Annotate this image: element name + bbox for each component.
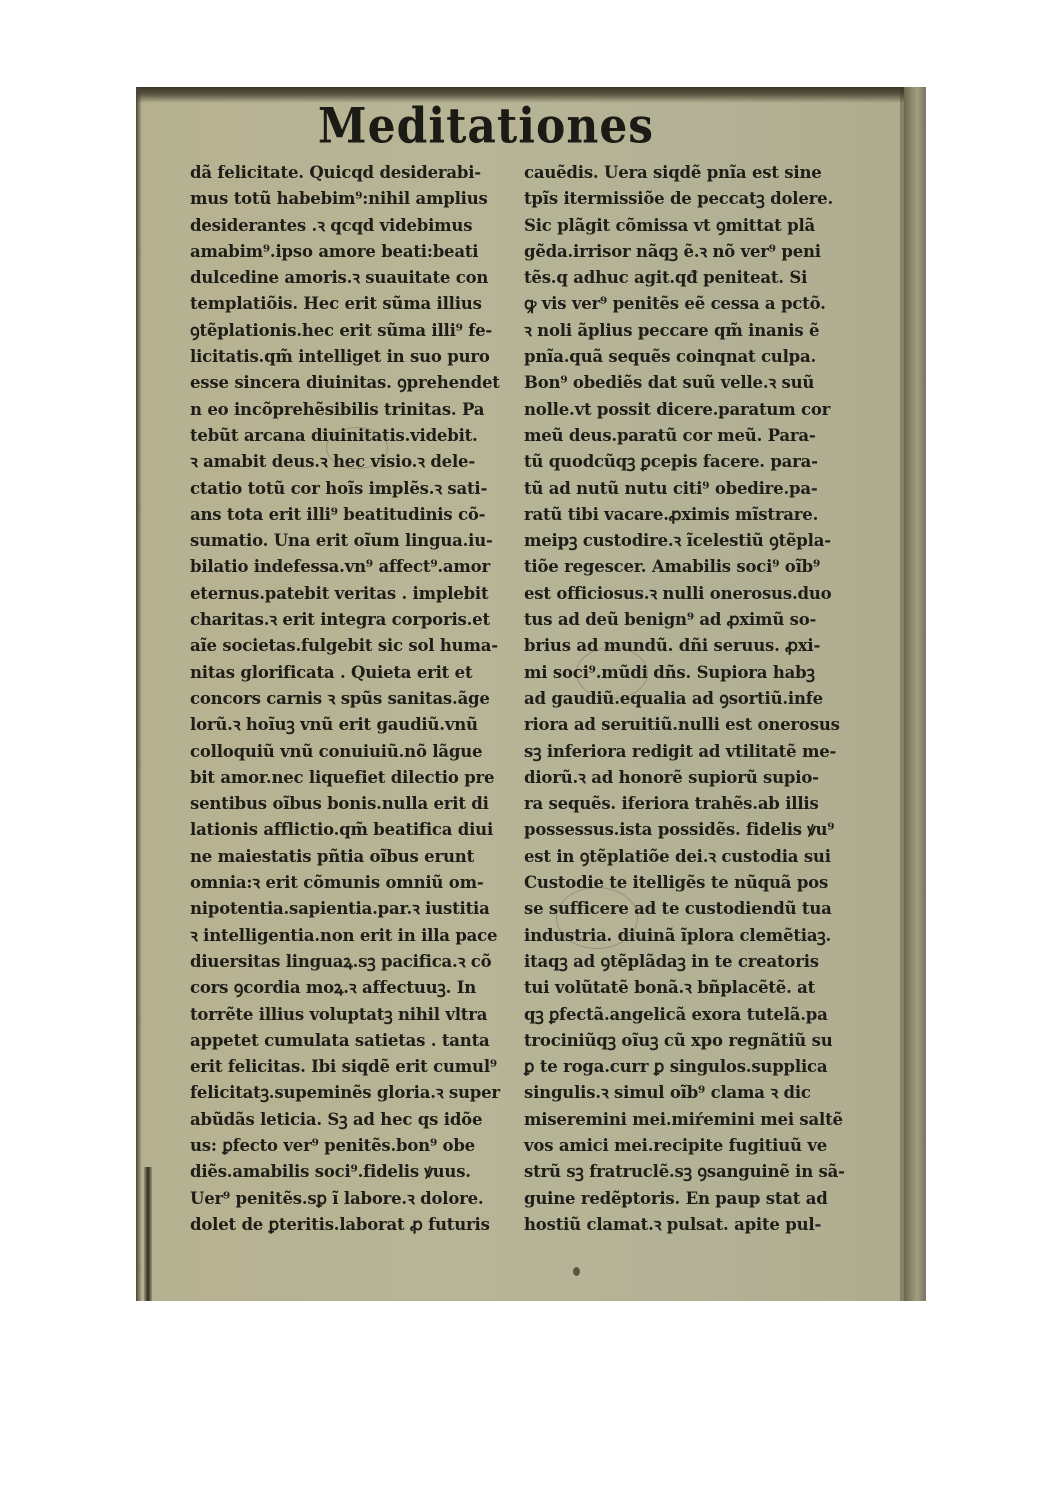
text-line: brius ad mundũ. dñi seruus. ꝓxi- (524, 633, 884, 659)
text-line: ratũ tibi vacare.ꝓximis mĩstrare. (524, 502, 884, 528)
text-line: diuersitas linguaꝝ.sꝫ pacifica.ꝛ cõ (190, 949, 530, 975)
text-line: bit amor.nec liquefiet dilectio pre (190, 765, 530, 791)
text-line: mus totũ habebim⁹:nihil amplius (190, 186, 530, 212)
text-line: ctatio totũ cor hoĩs implẽs.ꝛ sati- (190, 476, 530, 502)
text-line: dulcedine amoris.ꝛ suauitate con (190, 265, 530, 291)
text-line: Custodie te itelligẽs te nũquã pos (524, 870, 884, 896)
text-line: lationis afflictio.qm̃ beatifica diui (190, 817, 530, 843)
text-line: dã felicitate. Quicqd desiderabi- (190, 160, 530, 186)
text-line: torrẽte illius voluptatꝫ nihil vltra (190, 1002, 530, 1028)
text-line: aĩe societas.fulgebit sic sol huma- (190, 633, 530, 659)
text-line: dolet de ꝑteritis.laborat ꝓ futuris (190, 1212, 530, 1238)
text-line: ꝯtẽplationis.hec erit sũma illi⁹ fe- (190, 318, 530, 344)
text-line: sꝫ inferiora redigit ad vtilitatẽ me- (524, 739, 884, 765)
text-line: ꝑ te roga.curr ꝑ singulos.supplica (524, 1054, 884, 1080)
book-page: Meditationes dã felicitate. Quicqd desid… (136, 87, 926, 1301)
text-line: trociniũqꝫ oĩuꝫ cũ xpo regnãtiũ su (524, 1028, 884, 1054)
text-line: strũ sꝫ fratruclẽ.sꝫ ꝯsanguinẽ in sã- (524, 1159, 884, 1185)
text-line: tũ quodcũqꝫ ꝑcepis facere. para- (524, 449, 884, 475)
text-line: ꝛ intelligentia.non erit in illa pace (190, 923, 530, 949)
text-line: tẽs.q adhuc agit.qđ peniteat. Si (524, 265, 884, 291)
text-line: sentibus oĩbus bonis.nulla erit di (190, 791, 530, 817)
text-line: est in ꝯtẽplatiõe dei.ꝛ custodia sui (524, 844, 884, 870)
text-line: charitas.ꝛ erit integra corporis.et (190, 607, 530, 633)
text-line: sumatio. Una erit oĩum lingua.iu- (190, 528, 530, 554)
text-line: vos amici mei.recipite fugitiuũ ve (524, 1133, 884, 1159)
text-line: abũdãs leticia. Sꝫ ad hec qs idõe (190, 1107, 530, 1133)
text-line: eternus.patebit veritas . implebit (190, 581, 530, 607)
text-line: cauẽdis. Uera siqdẽ pnĩa est sine (524, 160, 884, 186)
text-line: lorũ.ꝛ hoĩuꝫ vnũ erit gaudiũ.vnũ (190, 712, 530, 738)
text-line: ꝛ noli ãplius peccare qm̃ inanis ẽ (524, 318, 884, 344)
text-line: tpĩs itermissiõe de peccatꝫ dolere. (524, 186, 884, 212)
text-line: omnia:ꝛ erit cõmunis omniũ om- (190, 870, 530, 896)
text-line: hostiũ clamat.ꝛ pulsat. apite pul- (524, 1212, 884, 1238)
text-line: guine redẽptoris. En paup stat ad (524, 1186, 884, 1212)
text-line: Sic plãgit cõmissa vt ꝯmittat plã (524, 213, 884, 239)
text-line: pnĩa.quã sequẽs coinqnat culpa. (524, 344, 884, 370)
text-line: possessus.ista possidẽs. fidelis ꝟu⁹ (524, 817, 884, 843)
text-line: itaqꝫ ad ꝯtẽplãdaꝫ in te creatoris (524, 949, 884, 975)
text-line: mi soci⁹.mũdi dñs. Supiora habꝫ (524, 660, 884, 686)
text-line: concors carnis ꝛ spũs sanitas.ãge (190, 686, 530, 712)
text-line: meũ deus.paratũ cor meũ. Para- (524, 423, 884, 449)
text-line: ad gaudiũ.equalia ad ꝯsortiũ.infe (524, 686, 884, 712)
text-line: qꝫ ꝑfectã.angelicã exora tutelã.pa (524, 1002, 884, 1028)
text-line: meipꝫ custodire.ꝛ ĩcelestiũ ꝯtẽpla- (524, 528, 884, 554)
text-line: tus ad deũ benign⁹ ad ꝓximũ so- (524, 607, 884, 633)
text-line: bilatio indefessa.vn⁹ affect⁹.amor (190, 554, 530, 580)
text-line: cors ꝯcordia moꝝ.ꝛ affectuuꝫ. In (190, 975, 530, 1001)
text-line: Uer⁹ penitẽs.sꝑ ĩ labore.ꝛ dolore. (190, 1186, 530, 1212)
running-title: Meditationes (136, 98, 796, 154)
text-line: us: ꝑfecto ver⁹ penitẽs.bon⁹ obe (190, 1133, 530, 1159)
text-line: licitatis.qm̃ intelliget in suo puro (190, 344, 530, 370)
text-line: nolle.vt possit dicere.paratum cor (524, 397, 884, 423)
text-line: n eo incõprehẽsibilis trinitas. Pa (190, 397, 530, 423)
text-line: erit felicitas. Ibi siqdẽ erit cumul⁹ (190, 1054, 530, 1080)
page-left-edge-shadow (144, 1167, 152, 1301)
text-line: ra sequẽs. iferiora trahẽs.ab illis (524, 791, 884, 817)
text-line: desiderantes .ꝛ qcqd videbimus (190, 213, 530, 239)
text-column-left: dã felicitate. Quicqd desiderabi-mus tot… (190, 160, 530, 1238)
text-line: appetet cumulata satietas . tanta (190, 1028, 530, 1054)
text-line: templatiõis. Hec erit sũma illius (190, 291, 530, 317)
text-line: tebũt arcana diuinitatis.videbit. (190, 423, 530, 449)
text-line: miseremini mei.miŕemini mei saltẽ (524, 1107, 884, 1133)
text-line: ꝛ amabit deus.ꝛ hec visio.ꝛ dele- (190, 449, 530, 475)
text-line: ꝙ vis ver⁹ penitẽs eẽ cessa a pctõ. (524, 291, 884, 317)
text-line: Bon⁹ obediẽs dat suũ velle.ꝛ suũ (524, 370, 884, 396)
text-line: nitas glorificata . Quieta erit et (190, 660, 530, 686)
text-line: esse sincera diuinitas. ꝯprehendet (190, 370, 530, 396)
text-line: se sufficere ad te custodiendũ tua (524, 896, 884, 922)
text-line: tui volũtatẽ bonã.ꝛ bñplacẽtẽ. at (524, 975, 884, 1001)
ink-stain-mark (573, 1267, 580, 1276)
page-left-edge (136, 87, 142, 1301)
text-line: diorũ.ꝛ ad honorẽ supiorũ supio- (524, 765, 884, 791)
text-line: tũ ad nutũ nutu citi⁹ obedire.pa- (524, 476, 884, 502)
text-line: industria. diuinã ĩplora clemẽtiaꝫ. (524, 923, 884, 949)
text-line: ans tota erit illi⁹ beatitudinis cõ- (190, 502, 530, 528)
text-line: diẽs.amabilis soci⁹.fidelis ꝟuus. (190, 1159, 530, 1185)
text-line: nipotentia.sapientia.par.ꝛ iustitia (190, 896, 530, 922)
text-line: est officiosus.ꝛ nulli onerosus.duo (524, 581, 884, 607)
text-column-right: cauẽdis. Uera siqdẽ pnĩa est sinetpĩs it… (524, 160, 884, 1238)
book-binding-edge (904, 87, 926, 1301)
text-line: riora ad seruitiũ.nulli est onerosus (524, 712, 884, 738)
text-line: felicitatꝫ.supeminẽs gloria.ꝛ super (190, 1080, 530, 1106)
text-line: gẽda.irrisor nãqꝫ ẽ.ꝛ nõ ver⁹ peni (524, 239, 884, 265)
text-line: tiõe regescer. Amabilis soci⁹ oĩb⁹ (524, 554, 884, 580)
text-line: singulis.ꝛ simul oĩb⁹ clama ꝛ dic (524, 1080, 884, 1106)
text-line: ne maiestatis pñtia oĩbus erunt (190, 844, 530, 870)
text-line: amabim⁹.ipso amore beati:beati (190, 239, 530, 265)
text-line: colloquiũ vnũ conuiuiũ.nõ lãgue (190, 739, 530, 765)
